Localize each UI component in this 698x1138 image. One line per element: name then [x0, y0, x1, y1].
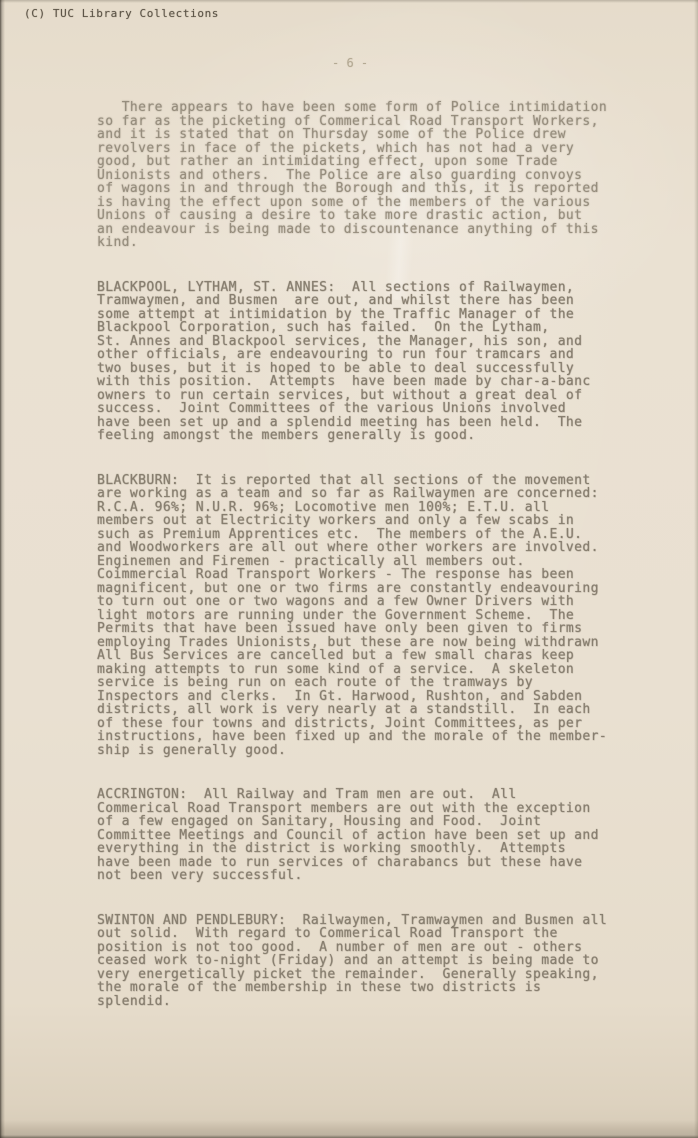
paragraph-blackpool-lytham-st-annes: BLACKPOOL, LYTHAM, ST. ANNES: All sectio…	[97, 281, 631, 443]
typewritten-text-column: There appears to have been some form of …	[97, 101, 631, 1008]
paragraph-accrington: ACCRINGTON: All Railway and Tram men are…	[97, 788, 631, 883]
paragraph-blackburn: BLACKBURN: It is reported that all secti…	[97, 474, 631, 758]
paragraph-police-intimidation: There appears to have been some form of …	[97, 101, 631, 250]
library-watermark: (C) TUC Library Collections	[24, 7, 219, 20]
paragraph-swinton-and-pendlebury: SWINTON AND PENDLEBURY: Railwaymen, Tram…	[97, 914, 631, 1009]
page-number: - 6 -	[332, 56, 368, 70]
